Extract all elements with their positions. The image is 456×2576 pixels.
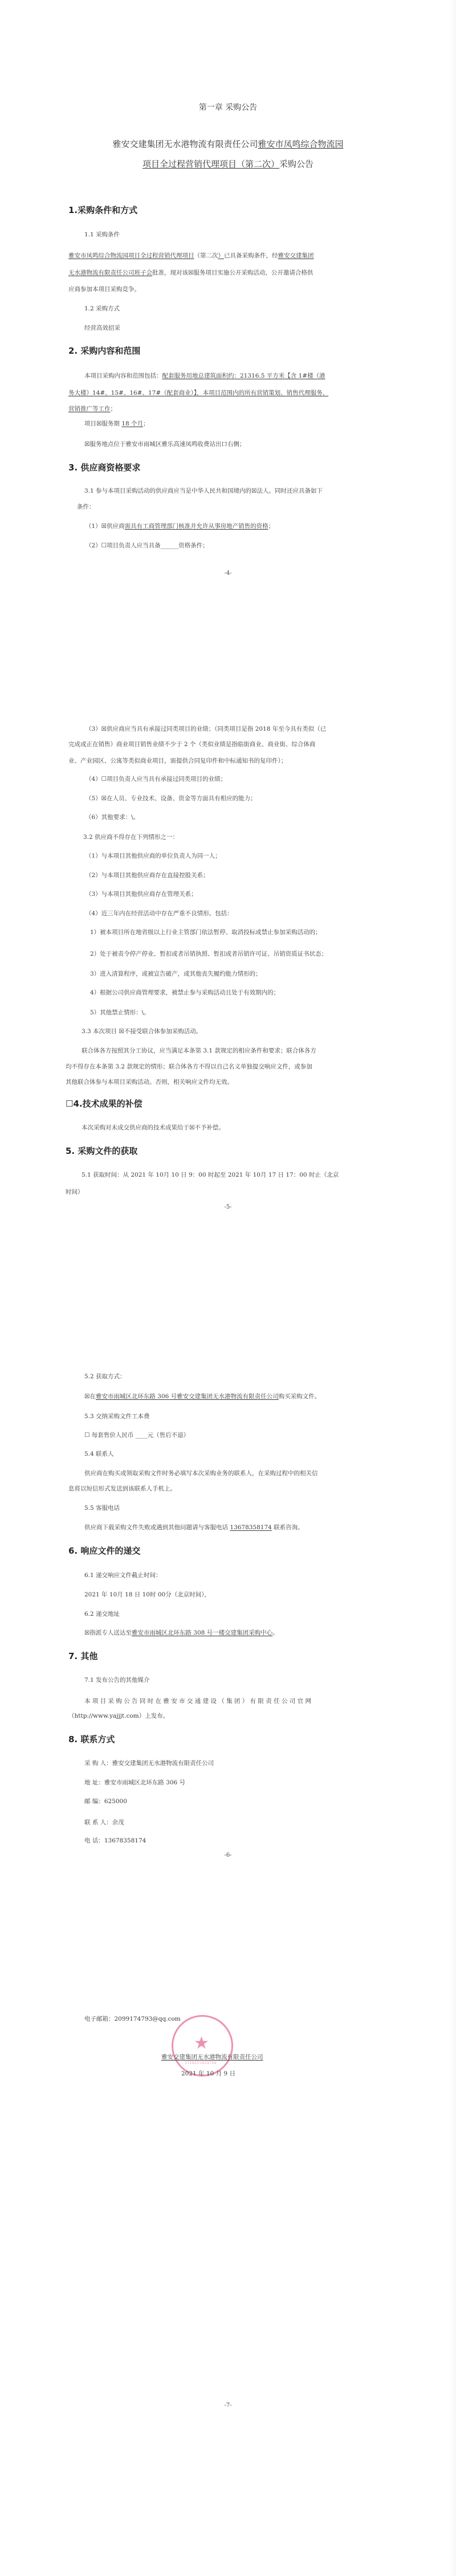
section-1-heading: 1.采购条件和方式 (68, 204, 137, 216)
submission-deadline: 2021 年 10月 18 日 10时 00分（北京时间）， (84, 1591, 210, 1599)
page-number: -6- (0, 1852, 456, 1858)
section-1-2-label: 1.2 采购方式 (84, 305, 120, 313)
section-6-2-label: 6.2 递交地址 (84, 1610, 120, 1618)
qualification-text: 需具有工商管理部门核准并允许从事房地产销售的资格 (125, 523, 268, 530)
section-7-heading: 7. 其他 (68, 1650, 97, 1662)
project-name-link: 雅安市凤鸣综合物流园项目全过程营销代理项目 (68, 252, 194, 259)
service-period: 项目☒服务期 18 个月； (84, 420, 149, 428)
text: ） (218, 252, 225, 259)
condition-3-line3: 业、产业园区、公寓等类似商业项目，需提供合同复印件和中标通知书的复印件）； (68, 757, 287, 765)
doc-title-line2: 项目全过程营销代理项目（第二次）采购公告 (0, 158, 456, 170)
company-name: 无水港物流有限责任公司班子会 (68, 269, 152, 276)
section-6-1-label: 6.1 递交响应文件截止时间： (84, 1571, 162, 1579)
text: 批准，现对该☒服务项目实施公开采购活动，公开邀请合格供 (152, 269, 313, 276)
text: （1）☒供应商 (85, 523, 125, 530)
submission-address: ☒指派专人送达至雅安市雨城区北环东路 308 号一楼交建集团采购中心。 (84, 1629, 279, 1637)
doc-title-company: 雅安交建集团无水港物流有限责任公司 (112, 139, 258, 149)
section-8-heading: 8. 联系方式 (68, 1733, 115, 1745)
contact-address: 地 址：雅安市雨城区北环东路 306 号 (84, 1779, 185, 1787)
text: （第二次 (194, 252, 218, 259)
contact-postcode: 邮 编：625000 (84, 1797, 127, 1805)
exclusion-3: （3）与本项目其他供应商存在管理关系； (85, 890, 197, 898)
page-number: -5- (0, 1204, 456, 1210)
section-2-heading: 2. 采购内容和范围 (68, 345, 140, 357)
seal-star-icon: ★ (194, 2035, 209, 2052)
service-phone-line: 供应商下载采购文件失败或遇到其他问题请与客服电话 13678358174 联系咨… (84, 1524, 304, 1531)
doc-title-suffix: 采购公告 (279, 159, 313, 169)
chapter-title: 第一章 采购公告 (0, 101, 456, 113)
section-2-para-line1: 本项目采购内容和范围包括：配套服务用地总建筑面积约：21316.5 平方米【含 … (84, 372, 325, 380)
contact-buyer: 采 购 人：雅安交建集团无水港物流有限责任公司 (84, 1759, 214, 1767)
section-5-3-label: 5.3 交纳采购文件工本费 (84, 1412, 150, 1420)
section-5-4-label: 5.4 联系人 (84, 1450, 114, 1458)
text: 项目☒服务期 (84, 420, 121, 427)
page-number: -4- (0, 570, 456, 576)
page-edge-shadow (450, 0, 456, 2576)
period-value: 18 个月 (121, 420, 143, 427)
exclusion-4-item-4: 4）根据公司供应商管理要求，被禁止参与采购活动且处于有效期内的； (90, 989, 279, 997)
text: ； (268, 523, 275, 530)
section-3-2-label: 3.2 供应商不得存在下列情形之一： (83, 833, 178, 841)
section-5-1-line1: 5.1 获取时间：从 2021 年 10月 10 日 9：00 时起至 2021… (82, 1171, 339, 1179)
section-5-2-label: 5.2 获取方式： (84, 1373, 126, 1381)
condition-4: （4）☐项目负责人应当具有承接过同类项目的业绩； (85, 775, 226, 783)
joint-venture-line3: 其他联合体参与本项目采购活动。否则，相关响应文件均无效。 (66, 1078, 233, 1086)
condition-5: （5）☒在人员、专业技术、设备、资金等方面具有相应的能力； (85, 794, 256, 802)
condition-3-line1: （3）☒供应商应当具有承接过同类项目的业绩；（同类项目是指 2018 年至今具有… (85, 725, 326, 733)
signature-date: 2021 年 10 月 9 日 (181, 2070, 235, 2078)
exclusion-4-item-3: 3）进入清算程序，或被宣告破产，或其他丧失履约能力情形的； (90, 970, 262, 978)
section-4-heading: ☐4.技术成果的补偿 (66, 1097, 142, 1109)
joint-venture-line1: 联合体各方按照其分工协议，应当满足本条第 3.1 款规定的相应条件和要求；联合体… (82, 1047, 316, 1055)
document-fee: ☐ 每套售价人民币 ____元（售后不退） (84, 1431, 189, 1439)
scope-text: 营销推广等工作 (68, 406, 111, 412)
contact-email: 电子邮箱：2099174793@qq.com (84, 2015, 181, 2023)
section-1-1-para-line1: 雅安市凤鸣综合物流园项目全过程营销代理项目（第二次）已具备采购条件，经雅安交建集… (68, 252, 314, 260)
section-1-1-para-line2: 无水港物流有限责任公司班子会批准，现对该☒服务项目实施公开采购活动，公开邀请合格… (68, 269, 313, 277)
section-2-para-line3: 营销推广等工作； (68, 405, 116, 413)
section-5-1-line2: 时间） (66, 1188, 84, 1196)
text: 本项目采购内容和范围包括： (84, 372, 162, 379)
text: 联系咨询。 (272, 1524, 304, 1531)
exclusion-4-item-2: 2）处于被责令停产停业、暂扣或者吊销执照、暂扣或者吊销许可证、吊销资质证书状态； (90, 950, 327, 958)
joint-venture-line2: 均不得存在本条第 3.2 款规定的情形；联合体各方不得以自己名义单独提交响应文件… (66, 1063, 312, 1071)
text: 已具备采购条件，经 (224, 252, 278, 259)
condition-2: （2）☐项目负责人应当具备______资格条件； (85, 542, 209, 550)
condition-3-line2: 完成或正在销售）商业项目销售业绩不少于 2 个（类似业绩是指临街商业、商业街、综… (68, 740, 315, 748)
scope-text: 配套服务用地总建筑面积约：21316.5 平方米【含 1#楼（港 (162, 372, 325, 379)
text: 供应商下载采购文件失败或遇到其他问题请与客服电话 (84, 1524, 230, 1531)
section-6-heading: 6. 响应文件的递交 (68, 1545, 140, 1557)
condition-1: （1）☒供应商需具有工商管理部门核准并允许从事房地产销售的资格； (85, 522, 274, 530)
section-2-para-line2: 务大楼）14#、15#、16#、17#（配套商业）】，本项目范围内的所有营销策划… (68, 389, 328, 397)
contact-phone: 电 话：13678358174 (84, 1837, 146, 1845)
section-5-heading: 5. 采购文件的获取 (66, 1145, 137, 1157)
procurement-method: 经营高效招采 (84, 324, 120, 332)
text: ； (111, 406, 117, 412)
submission-address-value: 雅安市雨城区北环东路 308 号一楼交建集团采购中心 (132, 1629, 272, 1636)
service-location: ☒服务地点位于雅安市雨城区雅乐高速凤鸣收费站出口右侧； (84, 440, 245, 448)
text: 购买采购文件。 (279, 1393, 321, 1400)
section-3-3: 3.3 本次项目 ☒不接受联合体参加采购活动。 (82, 1027, 202, 1035)
acquisition-method: ☒在雅安市雨城区北环东路 306 号雅安交建集团无水港物流有限责任公司购买采购文… (84, 1393, 320, 1400)
exclusion-4-item-1: 1）被本项目所在地省级以上行业主管部门依法暂停、取消投标或禁止参加采购活动的； (90, 928, 321, 936)
company-name: 雅安交建集团 (278, 252, 314, 259)
section-1-1-label: 1.1 采购条件 (84, 231, 120, 239)
doc-title-line1: 雅安交建集团无水港物流有限责任公司雅安市凤鸣综合物流园 (0, 138, 456, 150)
contact-person: 联 系 人：余茂 (84, 1819, 124, 1826)
exclusion-4-item-5: 5）其他禁止情形：\。 (90, 1009, 150, 1017)
contact-note-line2: 息将以短信形式发送到该联系人手机上。 (68, 1485, 176, 1493)
section-3-1-line1: 3.1 参与本项目采购活动的供应商应当是中华人民共和国境内的☒法人。同时还应具备… (84, 487, 323, 495)
exclusion-4: （4）近三年内在经营活动中存在严重不良情形。包括： (85, 910, 233, 918)
seal-code: 5118215024744 (185, 2061, 217, 2065)
doc-title-project: 雅安市凤鸣综合物流园 (258, 139, 344, 149)
text: ； (143, 420, 149, 427)
text: ☒在 (84, 1393, 96, 1400)
doc-title-project-cont: 项目全过程营销代理项目（第二次） (142, 159, 279, 169)
exclusion-1: （1）与本项目其他供应商的单位负责人为同一人； (85, 852, 221, 860)
section-4-para: 本次采购对未成交供应商的技术成果给于☒不予补偿。 (82, 1124, 225, 1132)
page-number: -7- (0, 2402, 456, 2409)
acquisition-address: 雅安市雨城区北环东路 306 号雅安交建集团无水港物流有限责任公司 (96, 1393, 279, 1400)
signature-company: 雅安交建集团无水港物流有限责任公司 (161, 2053, 263, 2061)
exclusion-2: （2）与本项目其他供应商存在直接控股关系； (85, 871, 209, 879)
text: ☒指派专人送达至 (84, 1629, 132, 1636)
section-3-heading: 3. 供应商资格要求 (68, 461, 140, 473)
text: 。 (272, 1629, 279, 1636)
service-phone: 13678358174 (230, 1524, 272, 1531)
section-5-5-label: 5.5 客服电话 (84, 1504, 120, 1512)
condition-6: （6）其他要求：\。 (85, 813, 139, 821)
contact-note-line1: 供应商在购买或领取采购文件时务必填写本次采购业务的联系人，在采购过程中的相关信 (84, 1469, 318, 1477)
official-seal-icon: ★ 5118215024744 (172, 2015, 233, 2077)
media-line2: （http://www.yajjjt.com）上发布。 (68, 1712, 169, 1720)
section-1-1-para-line3: 应商参加本项目采购竞争。 (68, 285, 140, 293)
section-3-1-line2: 条件： (77, 503, 95, 511)
media-line1: 本 项 目 采 购 公 告 同 时 在 雅 安 市 交 通 建 设 （ 集 团 … (84, 1697, 311, 1705)
section-7-1-label: 7.1 发布公告的其他媒介 (84, 1676, 150, 1684)
